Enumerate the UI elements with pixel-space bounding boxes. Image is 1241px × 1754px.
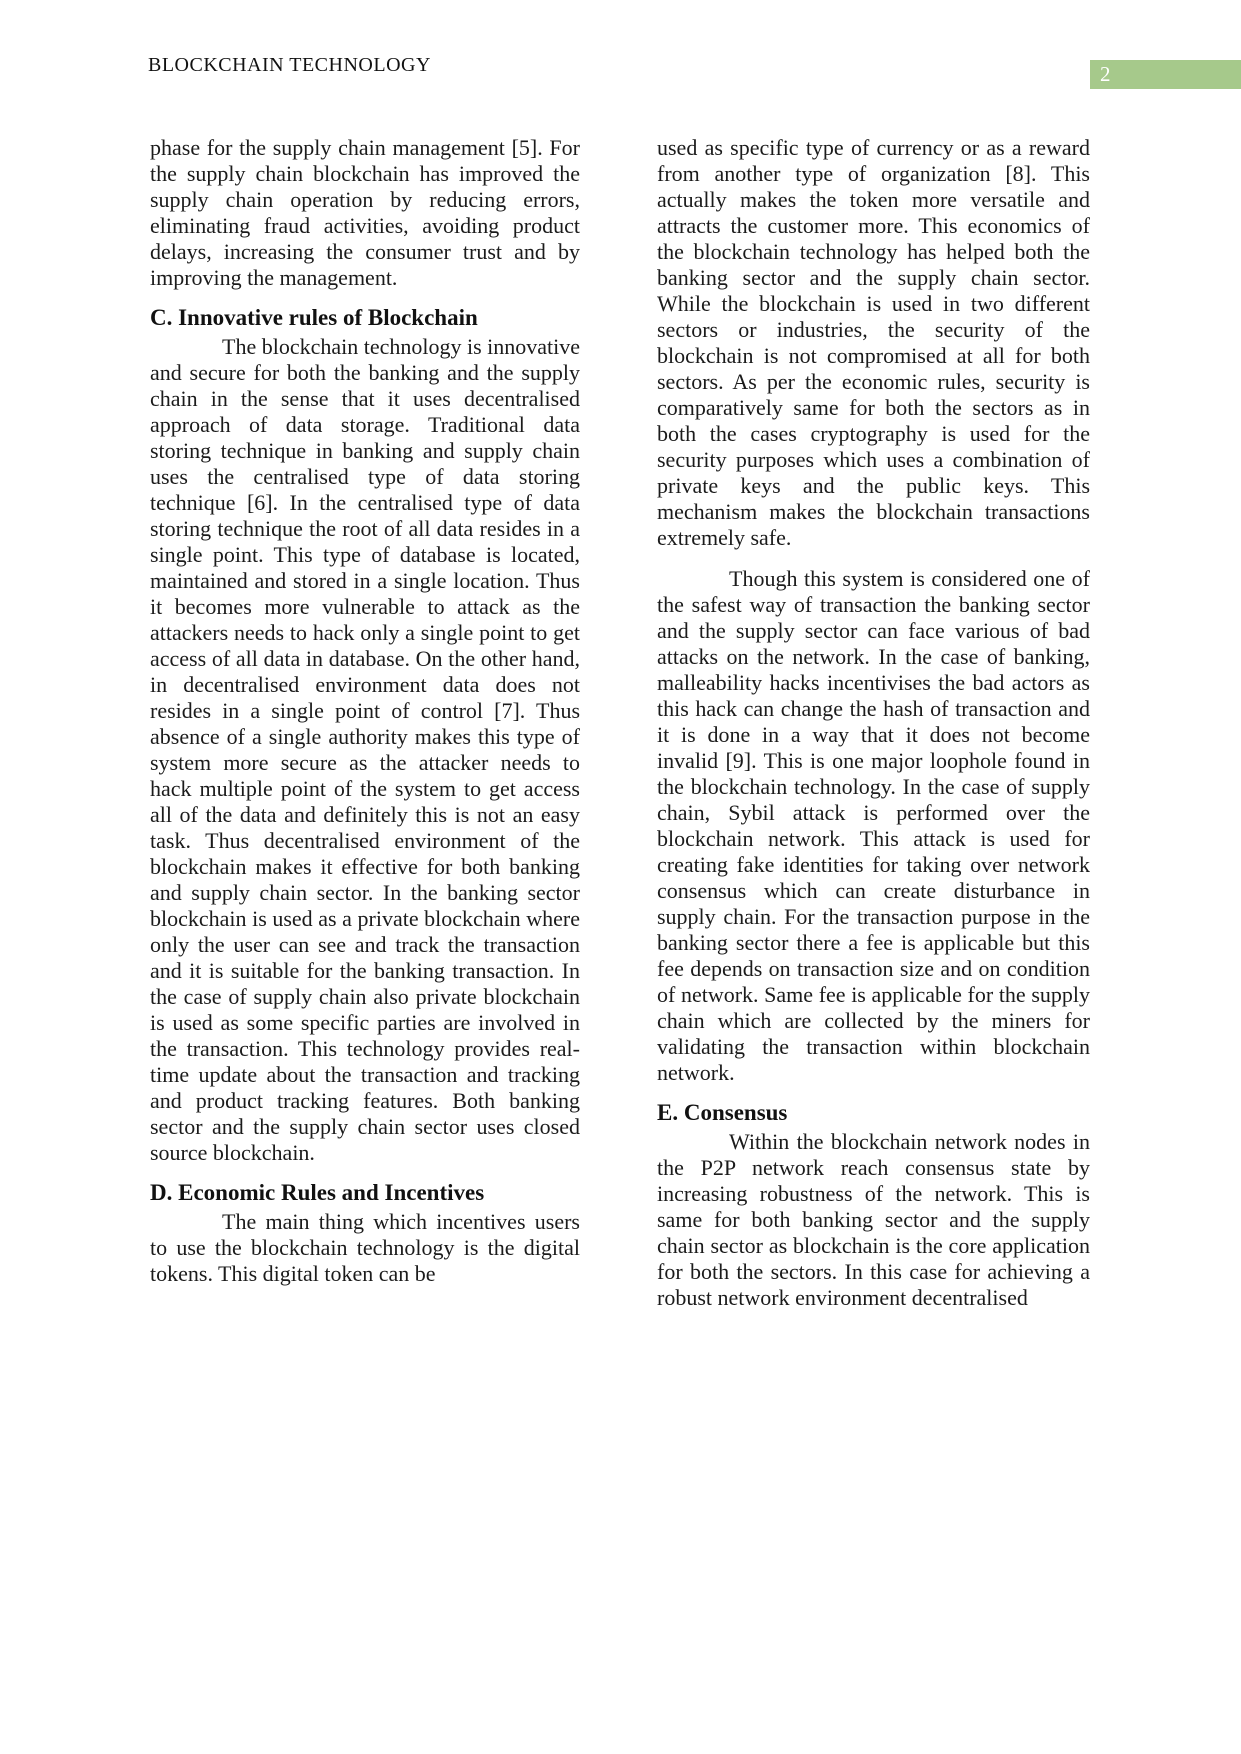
page-number: 2: [1090, 64, 1111, 85]
paragraph-section-e: Within the blockchain network nodes in t…: [657, 1129, 1090, 1311]
paragraph-attacks: Though this system is considered one of …: [657, 566, 1090, 1086]
left-column: phase for the supply chain management [5…: [150, 135, 580, 1311]
paragraph-section-d: The main thing which incentives users to…: [150, 1209, 580, 1287]
section-heading-e: E. Consensus: [657, 1099, 1090, 1126]
running-head-title: BLOCKCHAIN TECHNOLOGY: [148, 54, 431, 77]
section-heading-d: D. Economic Rules and Incentives: [150, 1179, 580, 1206]
section-heading-c: C. Innovative rules of Blockchain: [150, 304, 580, 331]
paragraph-continuation: phase for the supply chain management [5…: [150, 135, 580, 291]
right-column: used as specific type of currency or as …: [657, 135, 1090, 1311]
paragraph-section-d-continuation: used as specific type of currency or as …: [657, 135, 1090, 551]
paper-page: BLOCKCHAIN TECHNOLOGY 2 phase for the su…: [0, 0, 1241, 1754]
two-column-body: phase for the supply chain management [5…: [150, 135, 1090, 1311]
page-number-badge: 2: [1090, 60, 1241, 89]
paragraph-section-c: The blockchain technology is innovative …: [150, 334, 580, 1166]
